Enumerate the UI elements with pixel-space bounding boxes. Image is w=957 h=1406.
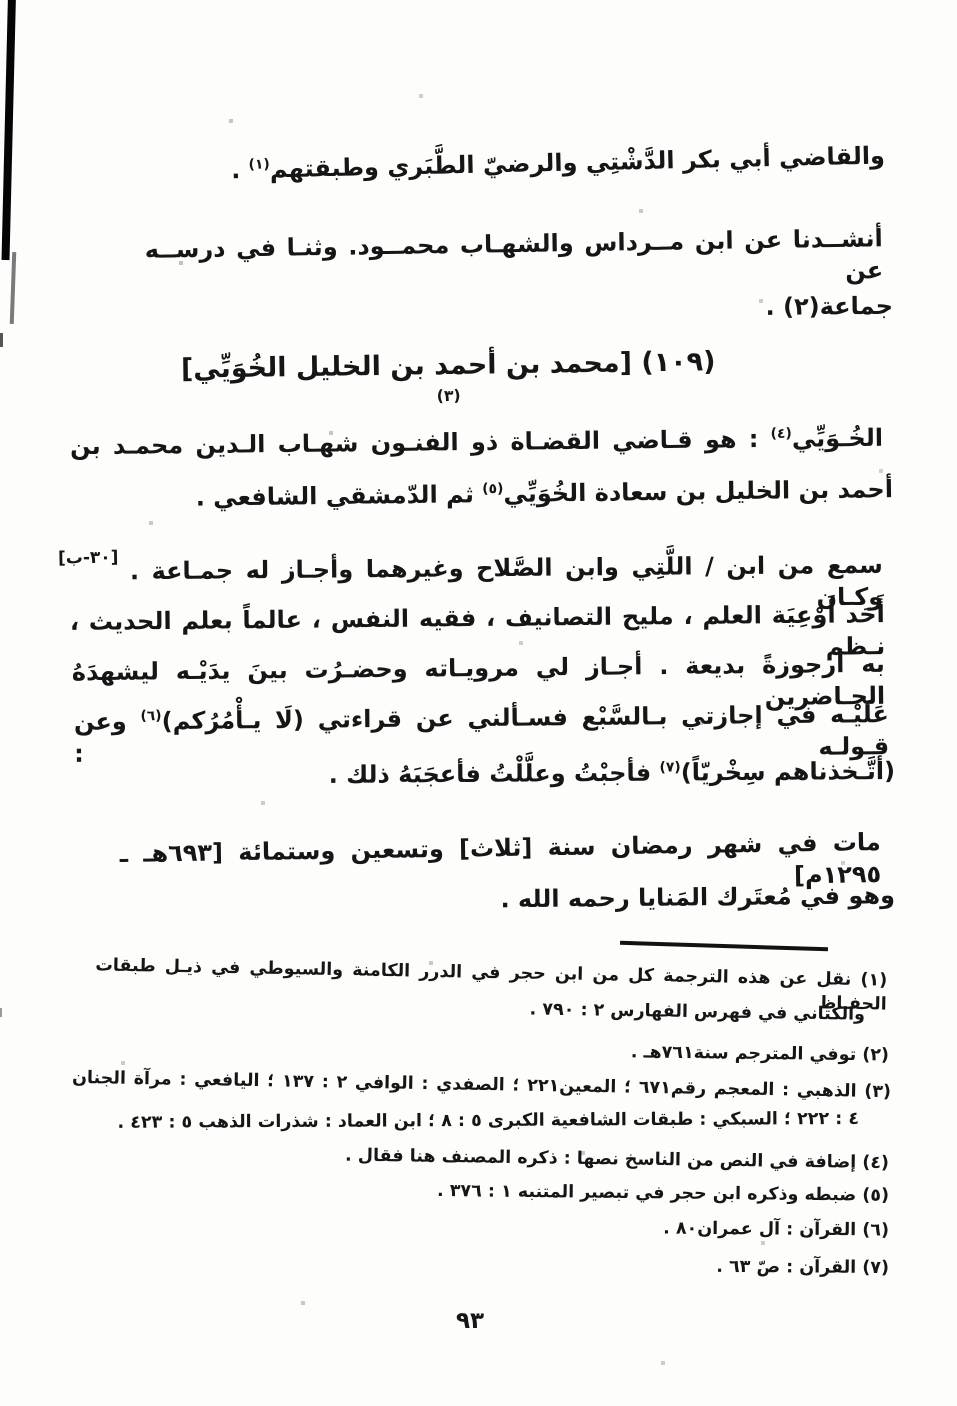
scan-edge-mark [0,333,3,347]
footnote-line: (٢) توفي المترجم سنة٧٦١هـ . [480,1040,889,1069]
text-segment: (٣) الذهبي : المعجم رقم٦٧١ ؛ المعين٢٢١ ؛… [72,1068,891,1102]
text-segment: (٢) توفي المترجم سنة٧٦١هـ . [631,1042,889,1065]
text-segment: (٧) القرآن : صّ ٦٣ . [716,1257,889,1278]
footnote-line: (٤) إضافة في النص من الناسخ نصها : ذكره … [290,1144,889,1176]
footnote-line: (٣) الذهبي : المعجم رقم٦٧١ ؛ المعين٢٢١ ؛… [72,1067,891,1105]
scan-streak-artifact [2,0,16,260]
scan-edge-mark [0,1008,2,1017]
footnote-line: ٤ : ٢٢٢ ؛ السبكي : طبقات الشافعية الكبرى… [80,1108,859,1136]
footnotes: (١) نقل عن هذه الترجمة كل من ابن حجر في … [60,0,897,1406]
text-segment: (٦) القرآن : آل عمران٨٠ . [663,1219,889,1241]
text-segment: (٥) ضبطه وذكره ابن حجر في تبصير المتنبه … [437,1181,889,1206]
scanned-page: والقاضي أبي بكر الدَّشْتِي والرضيّ الطَّ… [0,0,957,1406]
footnote-line: (٦) القرآن : آل عمران٨٠ . [540,1216,889,1243]
scan-noise-speckles [0,0,2,2]
page-number: ٩٣ [428,1308,512,1334]
scan-streak-fade-artifact [10,252,17,324]
text-segment: (٤) إضافة في النص من الناسخ نصها : ذكره … [345,1146,889,1174]
footnote-line: (٥) ضبطه وذكره ابن حجر في تبصير المتنبه … [360,1179,889,1208]
text-segment: ٤ : ٢٢٢ ؛ السبكي : طبقات الشافعية الكبرى… [117,1109,859,1133]
text-segment: والكتاني في فهرس الفهارس ٢ : ٧٩٠ . [529,999,865,1024]
footnote-line: (٧) القرآن : صّ ٦٣ . [580,1255,889,1281]
